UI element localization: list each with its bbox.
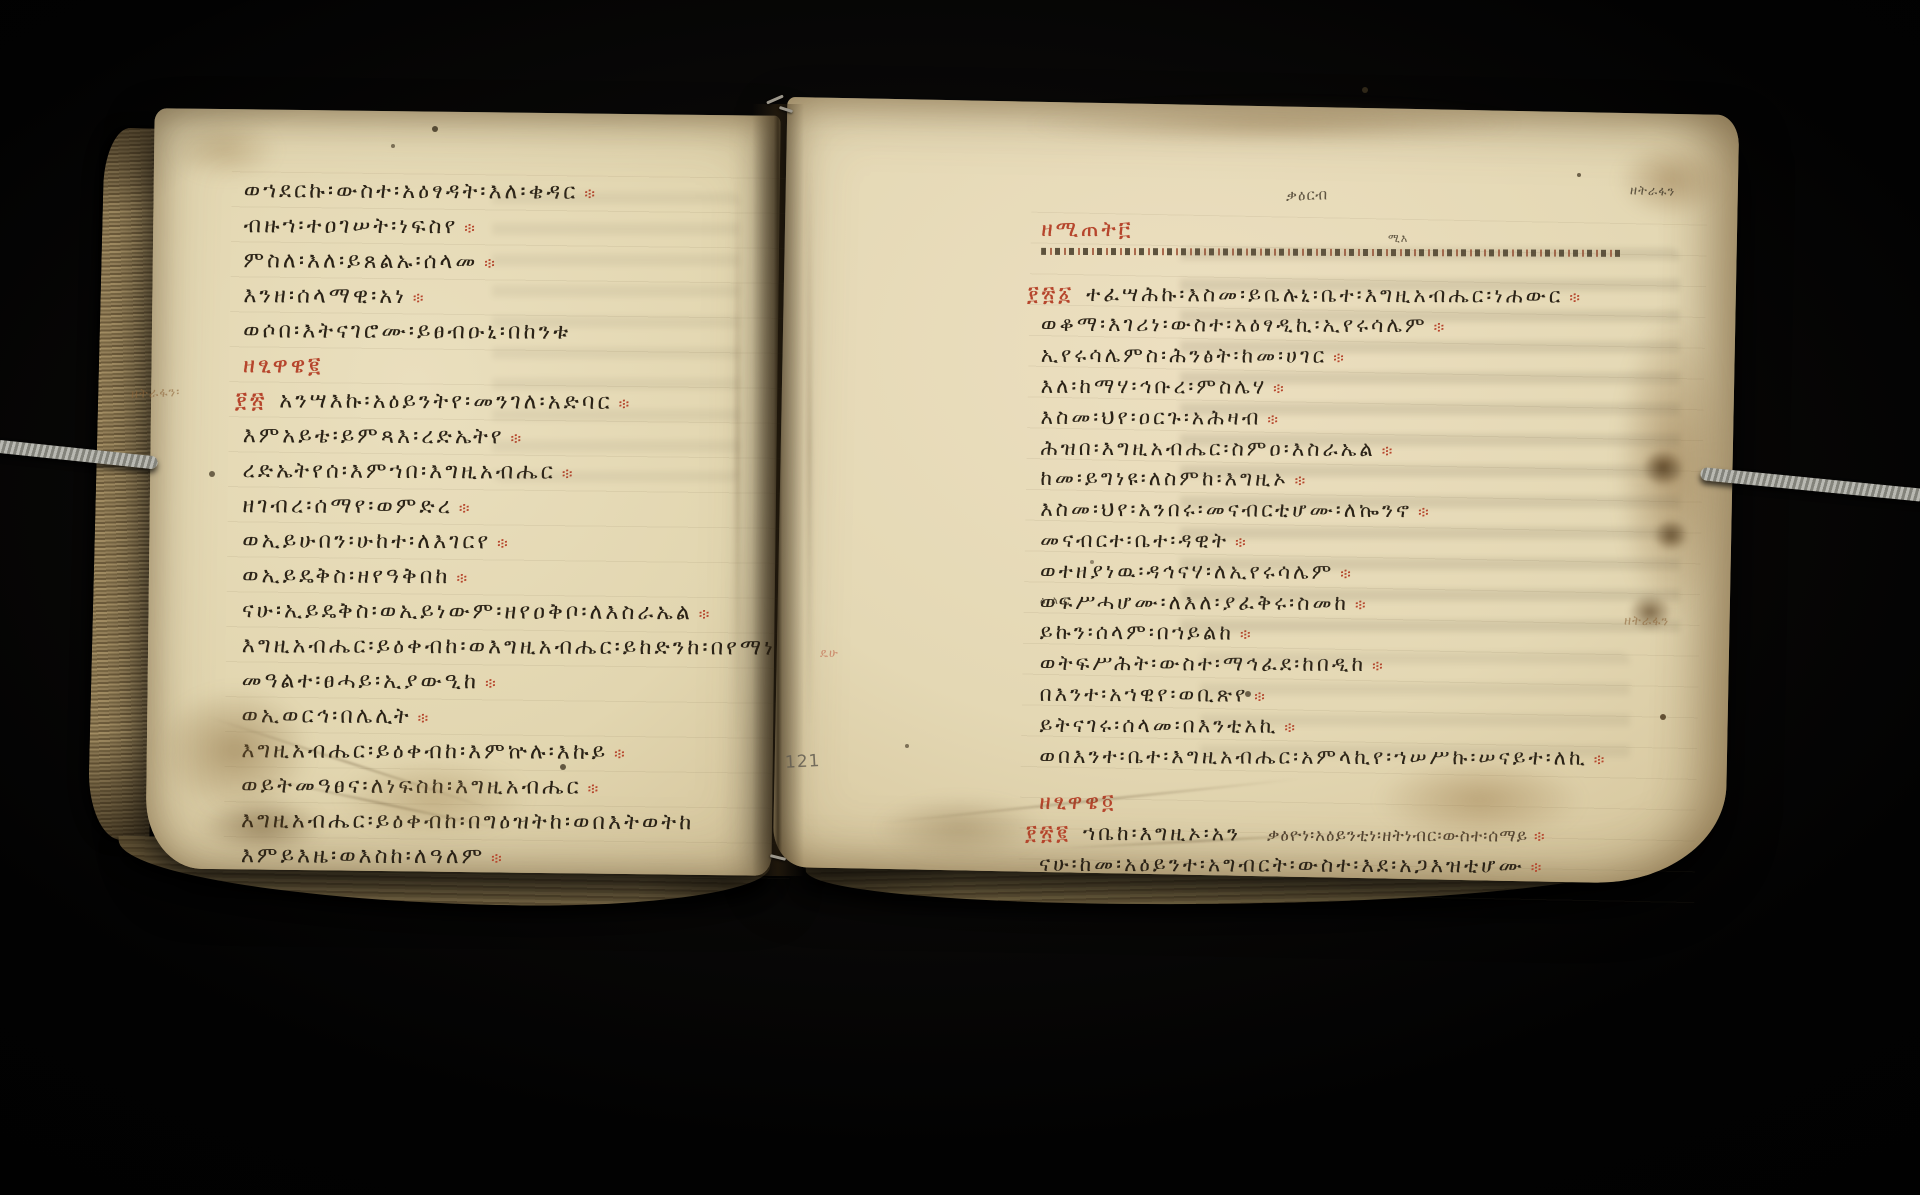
text-line: ረድኤትየሰ፡እምኀበ፡እግዚአብሔር፨: [243, 453, 803, 490]
text-line: እምይእዜ፡ወእስከ፡ለዓለም፨: [241, 838, 801, 875]
section-separator-cross: ፨: [1340, 565, 1354, 583]
psalm-number-red: ፻፳፩: [1027, 281, 1074, 305]
section-separator-cross: ፨: [1235, 533, 1249, 551]
verse-text: እምአይቴ፡ይምጻእ፡ረድኤትየ: [243, 423, 505, 449]
text-line: ይትናገሩ፡ሰላመ፡በእንቲአኪ፨: [1039, 710, 1715, 743]
section-separator-cross: ፨: [1240, 626, 1254, 644]
photo-stage: ወኀደርኩ፡ውስተ፡አዕፃዳት፡እለ፡ቄዳር፨ብዙኀ፡ተዐገሠት፡ነፍስየ፨ምስ…: [0, 0, 1920, 1195]
section-separator-cross: ፨: [1267, 410, 1281, 428]
verse-text: እስመ፡ህየ፡አንበሩ፡መናብርቲሆሙ፡ለኰንኖ: [1040, 497, 1412, 522]
later-hand-text: ቃዕዮነ፡አዕይንቲነ፡ዘትነብር፡ውስተ፡ሰማይ: [1267, 826, 1528, 847]
section-separator-cross: ፨: [464, 219, 478, 237]
text-line: ኢየሩሳሌምስ፡ሕንፅት፡ከመ፡ሀገር፨: [1041, 340, 1717, 373]
section-separator-cross: ፨: [485, 674, 499, 692]
verse-text: እግዚአብሔር፡ይዕቀብከ፡በግዕዝትከ፡ወበእትወትከ: [241, 808, 694, 835]
right-page: ዘሚጠት፫፻፳፩ተፈሣሕኩ፡እስመ፡ይቤሉኒ፡ቤተ፡እግዚአብሔር፡ነሐውር፨ወ…: [773, 97, 1740, 885]
section-separator-cross: ፨: [614, 745, 628, 763]
binding-thread: [766, 94, 784, 104]
parchment-specks: [0, 0, 4, 4]
psalm-number-red: ፻፳: [235, 388, 268, 413]
verse-text: ወኢወርኅ፡በሌሊት: [241, 703, 411, 729]
margin-note-left: ዘትራፋን፡: [131, 385, 181, 402]
verse-text: ይትናገሩ፡ሰላመ፡በእንቲአኪ: [1039, 713, 1278, 738]
heading-text: ዘፂዋዌ፬: [1039, 790, 1116, 814]
section-separator-cross: ፨: [1569, 288, 1583, 306]
text-line: ወትፍሥሕት፡ውስተ፡ማኅፈደ፡ከበዲከ፨: [1040, 648, 1716, 681]
verse-text: እምይእዜ፡ወእስከ፡ለዓለም: [241, 843, 485, 869]
verse-text: ወቆማ፡እገሪነ፡ውስተ፡አዕፃዲኪ፡ኢየሩሳሌም: [1041, 312, 1428, 337]
verse-text: ዘገብረ፡ሰማየ፡ወምድረ: [242, 493, 453, 519]
verse-text: ምስለ፡እለ፡ይጸልኡ፡ሰላመ: [243, 248, 478, 274]
psalm-heading: ዘፂዋዌ፪: [243, 348, 803, 385]
verse-text: ወበእንተ፡ቤተ፡እግዚአብሔር፡አምላኪየ፡ኀሠሥኩ፡ሠናይተ፡ለኪ: [1039, 743, 1587, 769]
text-line: ወኢይዴቅስ፡ዘየዓቅበከ፨: [242, 558, 802, 595]
text-line: ወቆማ፡እገሪነ፡ውስተ፡አዕፃዲኪ፡ኢየሩሳሌም፨: [1041, 309, 1717, 342]
section-separator-cross: ፨: [1382, 442, 1396, 460]
text-line: ወሶበ፡እትናገሮሙ፡ይፀብዑኒ፡በከንቱ: [243, 313, 803, 350]
verse-text: መዓልተ፡ፀሓይ፡ኢያውዒከ: [242, 668, 480, 694]
section-separator-cross: ፨: [1594, 750, 1608, 768]
section-separator-cross: ፨: [1254, 688, 1268, 706]
section-separator-cross: ፨: [456, 569, 470, 587]
margin-note-right-mid: ዘትራፋን: [1624, 614, 1670, 630]
text-line: ፻፳፩ተፈሣሕኩ፡እስመ፡ይቤሉኒ፡ቤተ፡እግዚአብሔር፡ነሐውር፨: [1041, 278, 1717, 311]
verse-text: አንሣእኩ፡አዕይንትየ፡መንገለ፡አድባር: [279, 388, 612, 414]
verse-text: ወኢይሁበን፡ሁከተ፡ለእገርየ: [242, 528, 491, 554]
section-separator-cross: ፨: [699, 605, 713, 623]
section-separator-cross: ፨: [1355, 595, 1369, 613]
section-separator-cross: ፨: [1295, 472, 1309, 490]
text-line: በእንተ፡አኀዊየ፡ወቢጽየ፨: [1040, 679, 1716, 712]
section-separator-cross: ፨: [418, 709, 432, 727]
section-separator-cross: ፨: [413, 289, 427, 307]
section-separator-cross: ፨: [1418, 503, 1432, 521]
verse-text: ወኢይዴቅስ፡ዘየዓቅበከ: [242, 563, 450, 589]
text-line: እምአይቴ፡ይምጻእ፡ረድኤትየ፨: [243, 418, 803, 455]
text-line: ከመ፡ይግነዩ፡ለስምከ፡እግዚኦ፨: [1040, 463, 1716, 496]
verse-text: ኢየሩሳሌምስ፡ሕንፅት፡ከመ፡ሀገር: [1041, 343, 1328, 368]
text-line: ወበእንተ፡ቤተ፡እግዚአብሔር፡አምላኪየ፡ኀሠሥኩ፡ሠናይተ፡ለኪ፨: [1039, 740, 1715, 773]
text-line: እግዚአብሔር፡ይዕቀብከ፡በግዕዝትከ፡ወበእትወትከ: [241, 803, 801, 840]
section-separator-cross: ፨: [588, 780, 602, 798]
text-line: እለ፡ከማሃ፡ኅቡረ፡ምስሌሃ፨: [1041, 371, 1717, 404]
holding-cord-right: [1700, 467, 1920, 502]
text-line: መዓልተ፡ፀሓይ፡ኢያውዒከ፨: [242, 663, 802, 700]
text-line: ናሁ፡ኢይዴቅስ፡ወኢይነውም፡ዘየዐቅቦ፡ለእስራኤል፨: [242, 593, 802, 630]
section-separator-cross: ፨: [1372, 657, 1386, 675]
section-separator-cross: ፨: [491, 849, 505, 867]
verse-text: ሕዝበ፡እግዚአብሔር፡ስምዐ፡እስራኤል: [1040, 435, 1375, 460]
text-line: እስመ፡ህየ፡አንበሩ፡መናብርቲሆሙ፡ለኰንኖ፨: [1040, 494, 1716, 527]
text-line: እንዘ፡ሰላማዊ፡አነ፨: [243, 278, 803, 315]
text-line: ወፍሥሓሆሙ፡ለእለ፡ያፈቅሩ፡ስመከ፨: [1040, 586, 1716, 619]
text-line: እግዚአብሔር፡ይዕቀብከ፡እምኵሉ፡እኩይ፨: [241, 733, 801, 770]
ornament-band: [1041, 248, 1623, 257]
section-separator-cross: ፨: [497, 534, 511, 552]
text-line: ወተዘያነዉ፡ዳኅናሃ፡ለኢየሩሳሌም፨: [1040, 556, 1716, 589]
text-line: እግዚአብሔር፡ይዕቀብከ፡ወእግዚአብሔር፡ይከድንከ፡በየማነ፡እዴከ: [242, 628, 802, 665]
verse-text: ናሁ፡ኢይዴቅስ፡ወኢይነውም፡ዘየዐቅቦ፡ለእስራኤል: [242, 598, 693, 625]
verse-text: ብዙኀ፡ተዐገሠት፡ነፍስየ: [244, 213, 459, 239]
interlinear-note-band: ሚእ: [1388, 232, 1408, 246]
section-separator-cross: ፨: [584, 185, 598, 203]
text-line: ብዙኀ፡ተዐገሠት፡ነፍስየ፨: [244, 208, 804, 245]
text-line: ሕዝበ፡እግዚአብሔር፡ስምዐ፡እስራኤል፨: [1040, 432, 1716, 465]
text-line: ምስለ፡እለ፡ይጸልኡ፡ሰላመ፨: [243, 243, 803, 280]
verse-text: ከመ፡ይግነዩ፡ለስምከ፡እግዚኦ: [1040, 466, 1288, 491]
verse-text: ወሶበ፡እትናገሮሙ፡ይፀብዑኒ፡በከንቱ: [243, 318, 571, 344]
right-page-text: ዘሚጠት፫፻፳፩ተፈሣሕኩ፡እስመ፡ይቤሉኒ፡ቤተ፡እግዚአብሔር፡ነሐውር፨ወ…: [1039, 214, 1717, 882]
verse-text: ወፍሥሓሆሙ፡ለእለ፡ያፈቅሩ፡ስመከ: [1040, 589, 1349, 614]
verse-text: ወተዘያነዉ፡ዳኅናሃ፡ለኢየሩሳሌም: [1040, 559, 1334, 584]
verse-text: እለ፡ከማሃ፡ኅቡረ፡ምስሌሃ: [1041, 374, 1268, 399]
section-separator-cross: ፨: [1284, 718, 1298, 736]
verse-text: መናብርተ፡ቤተ፡ዳዊት: [1040, 528, 1229, 553]
verse-text: እግዚአብሔር፡ይዕቀብከ፡እምኵሉ፡እኩይ: [241, 738, 608, 765]
section-separator-cross: ፨: [1531, 858, 1545, 876]
section-separator-cross: ፨: [562, 465, 576, 483]
left-page: ወኀደርኩ፡ውስተ፡አዕፃዳት፡እለ፡ቄዳር፨ብዙኀ፡ተዐገሠት፡ነፍስየ፨ምስ…: [145, 108, 780, 876]
heading-text: ዘፂዋዌ፪: [243, 353, 323, 378]
verse-text: እስመ፡ህየ፡ዐርጉ፡አሕዛብ: [1041, 405, 1262, 430]
verse-text: ረድኤትየሰ፡እምኀበ፡እግዚአብሔር: [243, 458, 556, 484]
section-separator-cross: ፨: [1273, 380, 1287, 398]
section-separator-cross: ፨: [459, 499, 473, 517]
manuscript-book: ወኀደርኩ፡ውስተ፡አዕፃዳት፡እለ፡ቄዳር፨ብዙኀ፡ተዐገሠት፡ነፍስየ፨ምስ…: [0, 0, 1920, 1195]
interlinear-note-line: ዕ ል ር: [1040, 594, 1071, 608]
verse-text: ወትፍሥሕት፡ውስተ፡ማኅፈደ፡ከበዲከ: [1040, 651, 1367, 676]
header-inscription: ቃዕርብ: [1286, 185, 1329, 204]
section-separator-cross: ፨: [1534, 828, 1548, 846]
verse-text: ኀቤከ፡እግዚኦ፡አን: [1083, 821, 1241, 846]
text-line: ወኢወርኅ፡በሌሊት፨: [241, 698, 801, 735]
text-line: ይኩን፡ሰላም፡በኀይልከ፨: [1040, 617, 1716, 650]
psalm-heading: ዘሚጠት፫: [1041, 214, 1717, 247]
verse-text: እግዚአብሔር፡ይዕቀብከ፡ወእግዚአብሔር፡ይከድንከ፡በየማነ፡እዴከ: [242, 633, 833, 661]
psalm-heading: ዘፂዋዌ፬: [1039, 787, 1715, 820]
folio-number-pencil: 121: [785, 751, 821, 773]
section-separator-cross: ፨: [511, 429, 525, 447]
text-line: ወኢይሁበን፡ሁከተ፡ለእገርየ፨: [242, 523, 802, 560]
verse-text: እንዘ፡ሰላማዊ፡አነ: [243, 283, 407, 309]
text-line: ፻፳አንሣእኩ፡አዕይንትየ፡መንገለ፡አድባር፨: [243, 383, 803, 420]
gutter-red-note: ዴሁ: [820, 646, 839, 661]
section-separator-cross: ፨: [484, 254, 498, 272]
section-separator-cross: ፨: [619, 395, 633, 413]
margin-note-right-top: ዘትራፋን: [1630, 183, 1676, 200]
verse-text: ናሁ፡ከመ፡አዕይንተ፡አግብርት፡ውስተ፡እደ፡አጋእዝቲሆሙ: [1039, 852, 1525, 878]
heading-text: ዘሚጠት፫: [1041, 217, 1133, 241]
ornamental-divider: [1041, 248, 1717, 281]
text-line: ፻፳፪ኀቤከ፡እግዚኦ፡አንቃዕዮነ፡አዕይንቲነ፡ዘትነብር፡ውስተ፡ሰማይ፨: [1039, 818, 1715, 851]
psalm-number-red: ፻፳፪: [1025, 821, 1071, 845]
text-line: መናብርተ፡ቤተ፡ዳዊት፨: [1040, 525, 1716, 558]
verse-text: በእንተ፡አኀዊየ፡ወቢጽየ: [1040, 682, 1249, 707]
verse-text: ይኩን፡ሰላም፡በኀይልከ: [1040, 620, 1234, 645]
verse-text: ወይትመዓፀና፡ለነፍስከ፡እግዚአብሔር: [241, 773, 582, 799]
text-line: እስመ፡ህየ፡ዐርጉ፡አሕዛብ፨: [1041, 402, 1717, 435]
text-line: ናሁ፡ከመ፡አዕይንተ፡አግብርት፡ውስተ፡እደ፡አጋእዝቲሆሙ፨: [1039, 849, 1715, 882]
verse-text: ተፈሣሕኩ፡እስመ፡ይቤሉኒ፡ቤተ፡እግዚአብሔር፡ነሐውር: [1086, 282, 1563, 308]
section-separator-cross: ፨: [1333, 349, 1347, 367]
text-line: ዘገብረ፡ሰማየ፡ወምድረ፨: [242, 488, 802, 525]
section-separator-cross: ፨: [1434, 319, 1448, 337]
verse-text: ወኀደርኩ፡ውስተ፡አዕፃዳት፡እለ፡ቄዳር: [244, 178, 579, 204]
left-page-text: ወኀደርኩ፡ውስተ፡አዕፃዳት፡እለ፡ቄዳር፨ብዙኀ፡ተዐገሠት፡ነፍስየ፨ምስ…: [241, 173, 804, 875]
text-line: ወይትመዓፀና፡ለነፍስከ፡እግዚአብሔር፨: [241, 768, 801, 805]
text-line: ወኀደርኩ፡ውስተ፡አዕፃዳት፡እለ፡ቄዳር፨: [244, 173, 804, 210]
